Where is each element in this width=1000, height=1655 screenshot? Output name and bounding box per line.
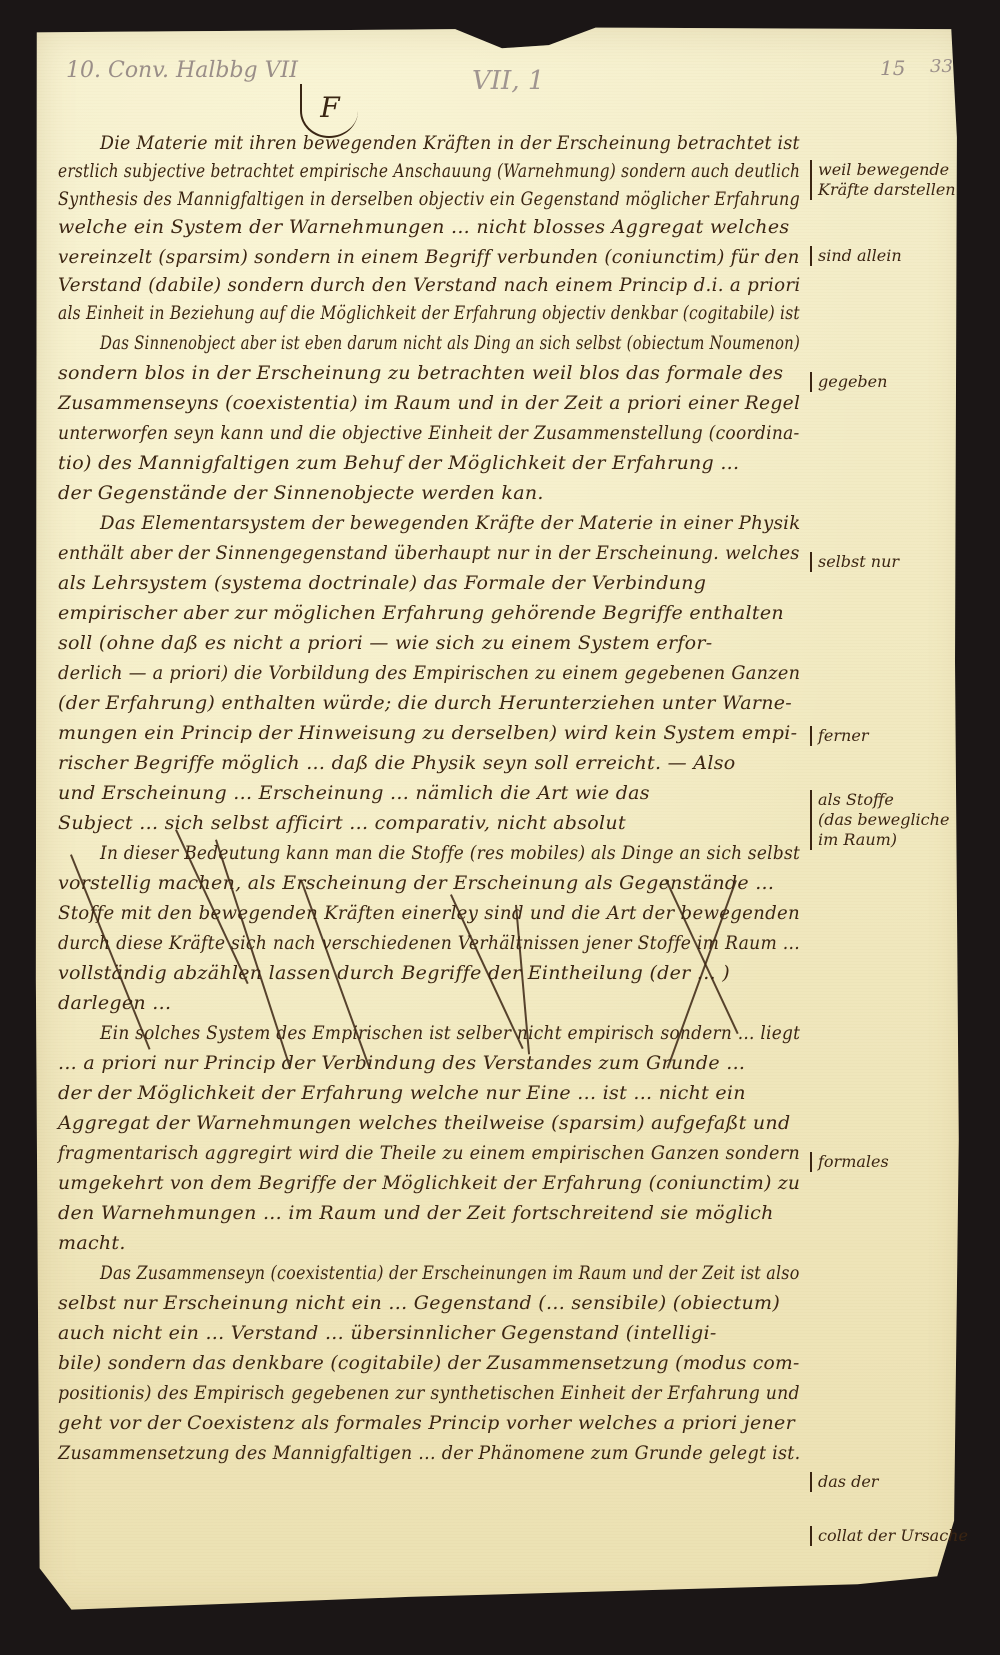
manuscript-line: Stoffe mit den bewegenden Kräften einerl… (58, 902, 800, 924)
margin-note: collat der Ursache (810, 1526, 968, 1546)
manuscript-line: ... a priori nur Princip der Verbindung … (58, 1052, 745, 1074)
manuscript-line: den Warnehmungen ... im Raum und der Zei… (58, 1202, 774, 1224)
manuscript-line: rischer Begriffe möglich ... daß die Phy… (58, 752, 736, 774)
manuscript-line: und Erscheinung ... Erscheinung ... näml… (58, 782, 650, 804)
section-mark: VII, 1 (472, 66, 544, 96)
margin-note: als Stoffe (das bewegliche im Raum) (810, 790, 949, 850)
margin-note: sind allein (810, 246, 902, 266)
manuscript-line: selbst nur Erscheinung nicht ein ... Geg… (58, 1292, 780, 1314)
folio-number: 33 (930, 56, 953, 77)
manuscript-line: Verstand (dabile) sondern durch den Vers… (58, 274, 801, 296)
manuscript-line: darlegen ... (58, 992, 171, 1014)
margin-note: weil bewegende Kräfte darstellen (810, 160, 956, 200)
margin-note: das der (810, 1472, 878, 1492)
manuscript-line: durch diese Kräfte sich nach verschieden… (58, 932, 800, 954)
archival-signature: 10. Conv. Halbbg VII (66, 58, 298, 83)
manuscript-line: welche ein System der Warnehmungen ... n… (58, 216, 789, 238)
manuscript-line: Synthesis des Mannigfaltigen in derselbe… (58, 188, 800, 210)
manuscript-line: empirischer aber zur möglichen Erfahrung… (58, 602, 784, 624)
manuscript-line: In dieser Bedeutung kann man die Stoffe … (100, 842, 800, 864)
manuscript-line: macht. (58, 1232, 126, 1254)
manuscript-line: umgekehrt von dem Begriffe der Möglichke… (58, 1172, 800, 1194)
manuscript-line: als Einheit in Beziehung auf die Möglich… (58, 302, 800, 324)
manuscript-line: auch nicht ein ... Verstand ... übersinn… (58, 1322, 717, 1344)
manuscript-line: unterworfen seyn kann und die objective … (58, 422, 800, 444)
manuscript-line: Subject ... sich selbst afficirt ... com… (58, 812, 626, 834)
manuscript-line: als Lehrsystem (systema doctrinale) das … (58, 572, 706, 594)
manuscript-line: der der Möglichkeit der Erfahrung welche… (58, 1082, 746, 1104)
manuscript-line: vereinzelt (sparsim) sondern in einem Be… (58, 246, 800, 268)
manuscript-line: fragmentarisch aggregirt wird die Theile… (58, 1142, 800, 1164)
sheet-letter-mark: F (300, 84, 358, 138)
manuscript-line: derlich — a priori) die Vorbildung des E… (58, 662, 800, 684)
manuscript-line: Das Sinnenobject aber ist eben darum nic… (100, 332, 800, 354)
manuscript-line: Aggregat der Warnehmungen welches theilw… (58, 1112, 790, 1134)
manuscript-line: (der Erfahrung) enthalten würde; die dur… (58, 692, 792, 714)
manuscript-line: enthält aber der Sinnengegenstand überha… (58, 542, 800, 564)
margin-note: formales (810, 1152, 889, 1172)
manuscript-line: Ein solches System des Empirischen ist s… (100, 1022, 800, 1044)
manuscript-line: Zusammensetzung des Mannigfaltigen ... d… (58, 1442, 800, 1464)
margin-note: gegeben (810, 372, 887, 392)
manuscript-line: erstlich subjective betrachtet empirisch… (58, 160, 800, 182)
manuscript-line: soll (ohne daß es nicht a priori — wie s… (58, 632, 713, 654)
manuscript-line: mungen ein Princip der Hinweisung zu der… (58, 722, 797, 744)
manuscript-line: bile) sondern das denkbare (cogitabile) … (58, 1352, 800, 1374)
manuscript-line: geht vor der Coexistenz als formales Pri… (58, 1412, 795, 1434)
manuscript-line: Das Elementarsystem der bewegenden Kräft… (100, 512, 801, 534)
margin-note: selbst nur (810, 552, 899, 572)
manuscript-line: positionis) des Empirisch gegebenen zur … (58, 1382, 800, 1404)
manuscript-line: Die Materie mit ihren bewegenden Kräften… (100, 132, 800, 154)
manuscript-line: tio) des Mannigfaltigen zum Behuf der Mö… (58, 452, 739, 474)
manuscript-line: vollständig abzählen lassen durch Begrif… (58, 962, 730, 984)
manuscript-line: Das Zusammenseyn (coexistentia) der Ersc… (100, 1262, 800, 1284)
manuscript-line: der Gegenstände der Sinnenobjecte werden… (58, 482, 544, 504)
manuscript-line: Zusammenseyns (coexistentia) im Raum und… (58, 392, 800, 414)
margin-note: ferner (810, 726, 868, 746)
folio-number-old: 15 (880, 56, 905, 80)
manuscript-line: sondern blos in der Erscheinung zu betra… (58, 362, 783, 384)
